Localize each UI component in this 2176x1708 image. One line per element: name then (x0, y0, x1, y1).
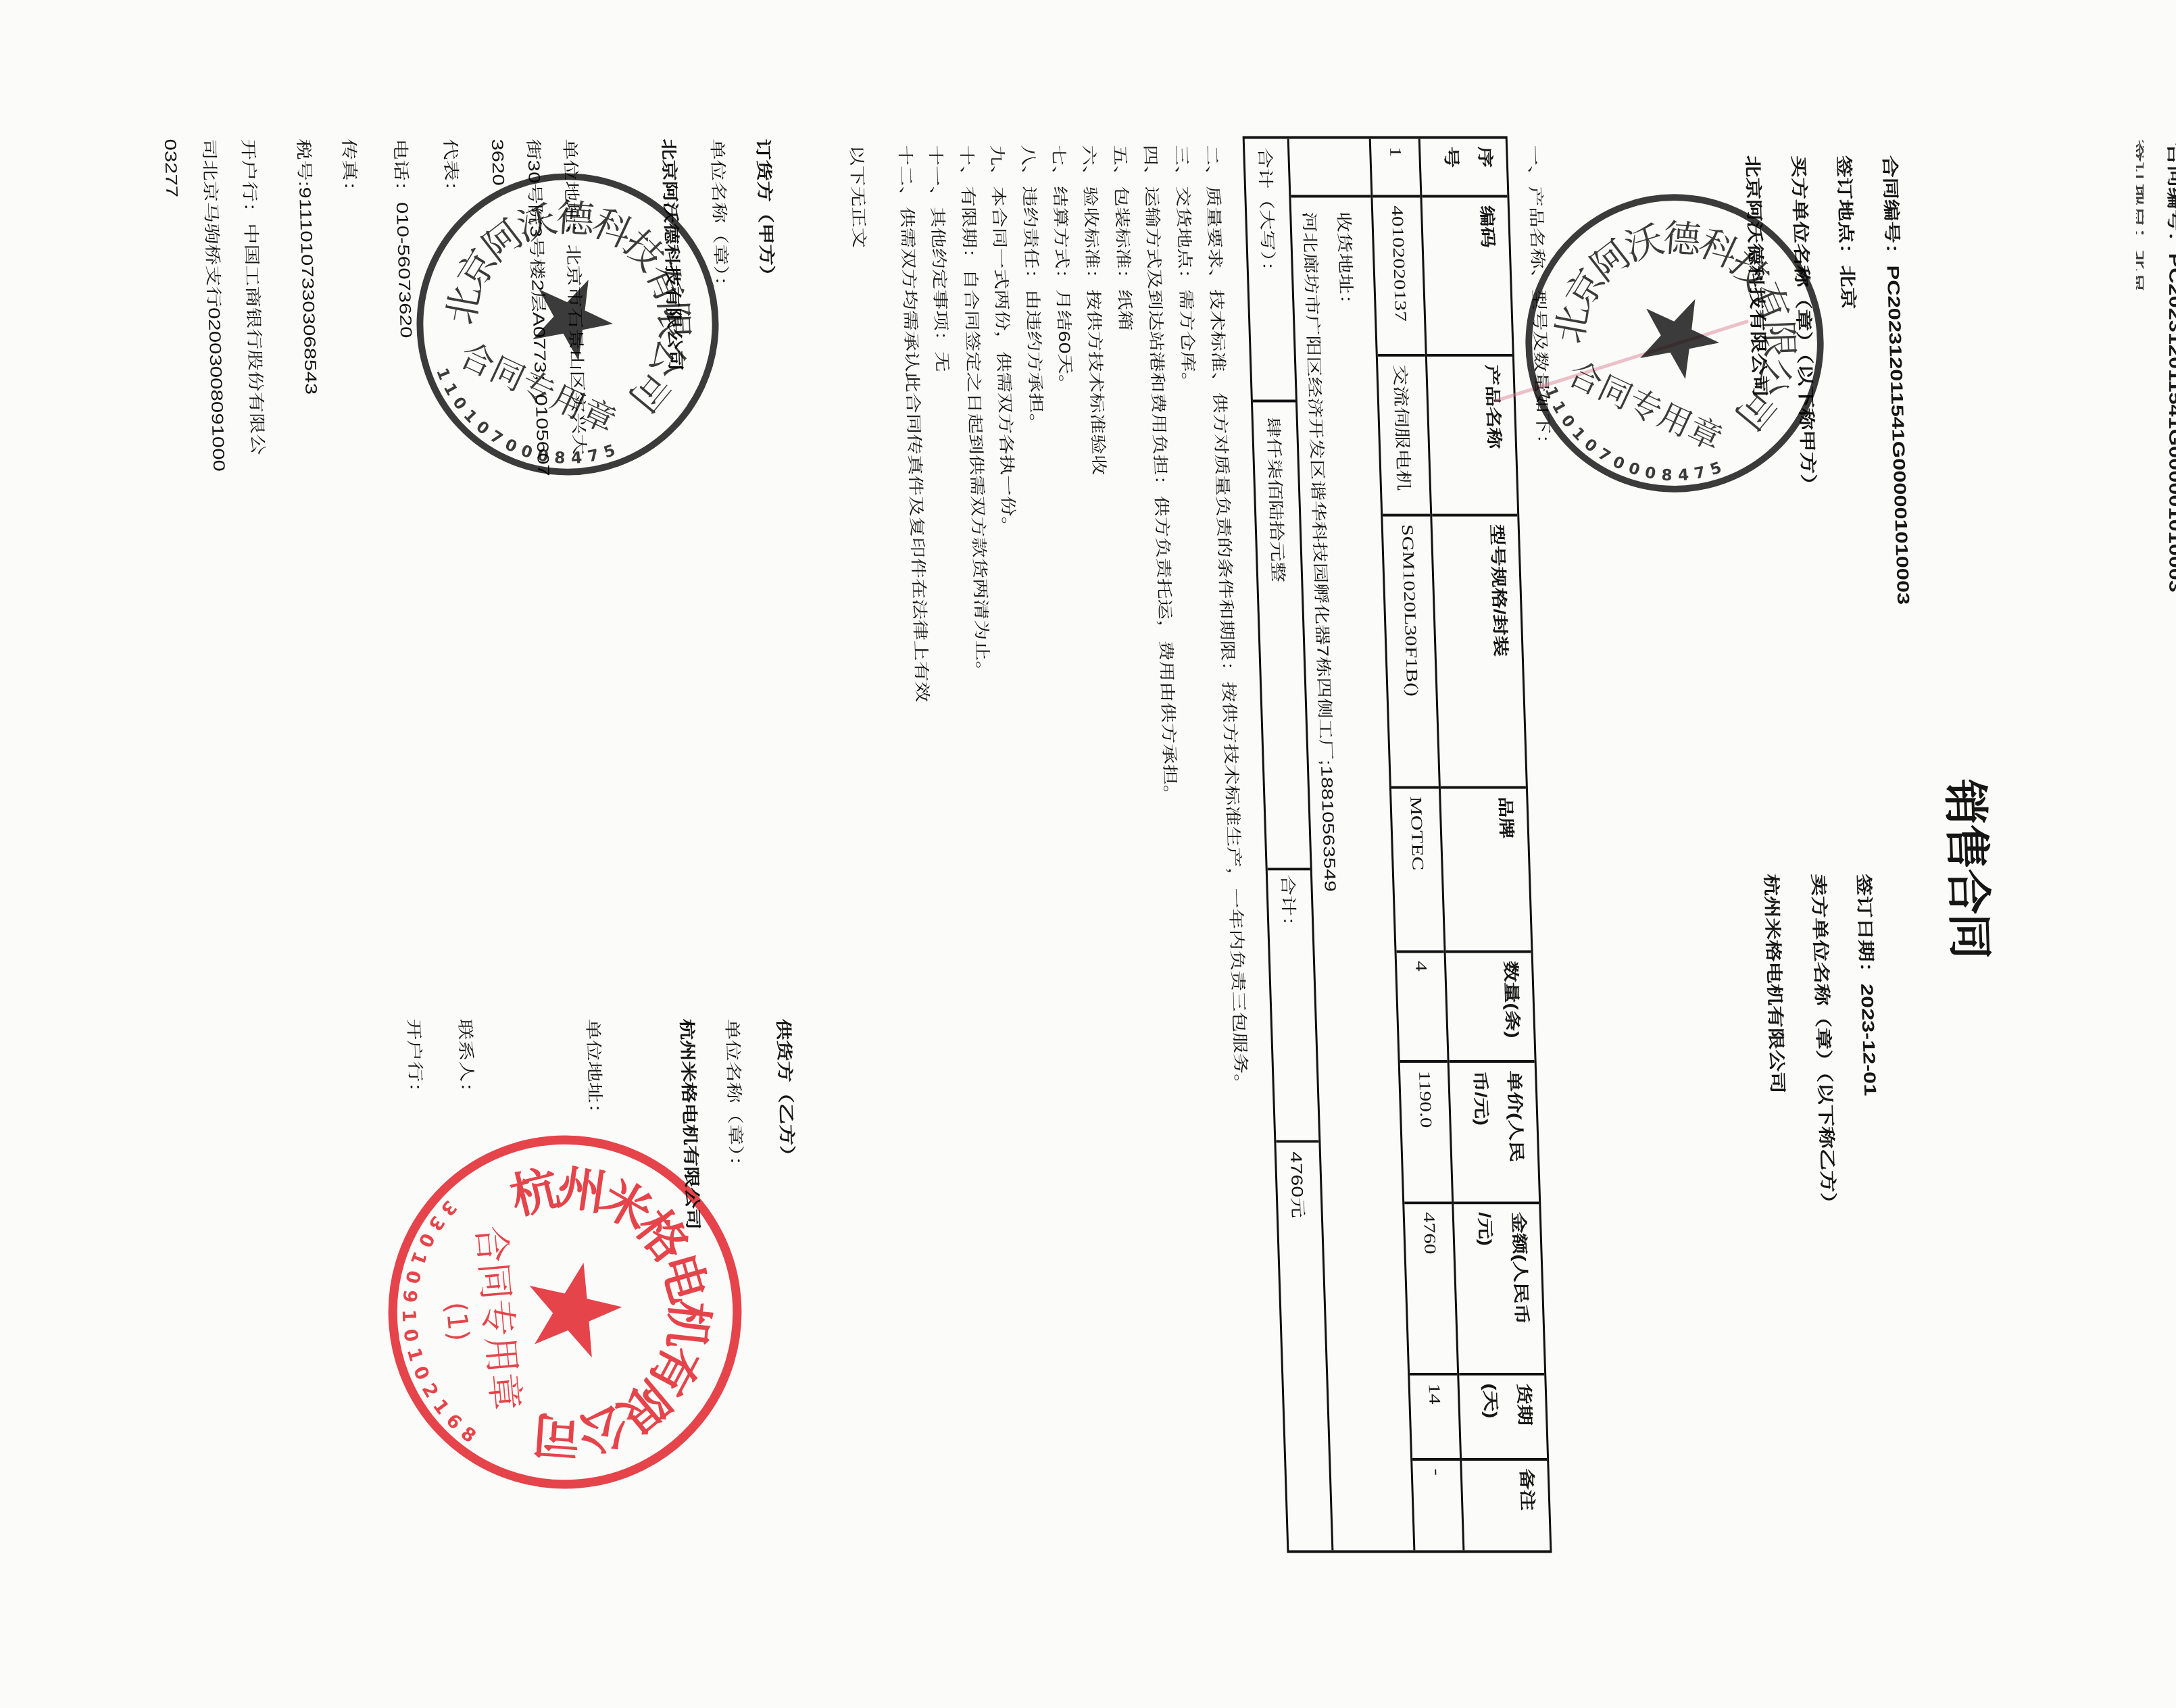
buyer-tax-id: 税号:911101073303068543 (295, 139, 319, 395)
seller-bank: 开户行： (405, 1019, 424, 1103)
sales-contract-document: 销售合同 合同编号：PC202312011541G000001010003 签订… (0, 0, 2176, 1708)
seal-code-char: 0 (1626, 459, 1642, 480)
seal-code-char: 0 (502, 434, 520, 456)
buyer-bank-line: 司北京马驹桥支行02003008091000 (200, 139, 226, 472)
cell-remark: - (1412, 1458, 1462, 1551)
contract-number-label: 合同编号： (1880, 155, 1902, 266)
seal-code-char: 5 (1708, 459, 1724, 480)
total-label: 合计： (1268, 868, 1319, 1140)
sign-date-value: 2023-12-01 (1857, 984, 1879, 1096)
buyer-fax: 传真： (340, 139, 358, 202)
seal-body: 北京阿沃德科技有限公司合同专用章1101070008475 (372, 128, 764, 521)
seal-code-char: 1 (440, 380, 462, 399)
seal-code-char: 7 (586, 445, 600, 466)
contract-number: 合同编号：PC202312011541G000001010003 (1881, 155, 1912, 605)
seller-name: 杭州米格电机有限公司 (1762, 874, 1785, 1094)
sign-place-value: 北京 (1837, 266, 1858, 309)
table-header-cell: 编码 (1422, 195, 1512, 354)
seal-code-char: 0 (536, 445, 550, 466)
seal-code-char: 1 (398, 1309, 419, 1323)
sign-place: 签订地点：北京 (1835, 155, 1856, 309)
seal-code-char: 8 (553, 448, 566, 468)
seal-code-char: 9 (398, 1289, 420, 1304)
sign-place-label: 签订地点： (1834, 155, 1856, 266)
seal-code-char: 0 (472, 417, 493, 438)
table-header-cell: 金额(人民币 /元) (1454, 1201, 1544, 1373)
seal-body: 杭州米格电机有限公司合同专用章(1)33010910102168 (378, 1126, 751, 1499)
order-table: 序 号 编码 产品名称 型号规格/封装 品牌 数量(条) 单价(人民 币/元) … (1245, 139, 1550, 1550)
seal-sub-text: (1) (439, 1301, 475, 1342)
contract-number-value: PC202312011541G000001010003 (1883, 266, 1913, 605)
seller-address: 单位地址： (584, 1019, 603, 1124)
seal-code-char: 1 (1541, 384, 1562, 401)
cell-product-name: 交流伺服电机 (1378, 354, 1430, 514)
seal-code-char: 0 (414, 1230, 438, 1251)
cell-brand: MOTEC (1391, 786, 1444, 951)
seal-code-char: 4 (1677, 466, 1689, 484)
cell-model: SGM1020L30F1B() (1383, 514, 1439, 786)
buyer-block-title: 订货方（甲方） (754, 139, 775, 286)
cell-amount: 4760 (1404, 1201, 1457, 1373)
seller-block-title: 供货方（乙方） (774, 1019, 795, 1166)
star-icon (1627, 282, 1732, 386)
seal-code-char: 0 (1643, 463, 1658, 484)
seal-code-char: 7 (1595, 445, 1614, 466)
cell-quantity: 4 (1396, 951, 1447, 1061)
seal-code-char: 1 (406, 1249, 430, 1268)
total-uppercase-label: 合计（大写）： (1245, 139, 1295, 399)
star-icon (519, 262, 626, 367)
cell-unit-price: 1190.0 (1400, 1060, 1452, 1201)
seal-code-char: 8 (1661, 466, 1673, 484)
table-header-cell: 货期 (天) (1459, 1373, 1547, 1458)
table-header-cell: 数量(条) (1445, 951, 1534, 1061)
seal-code-char: 2 (418, 1380, 442, 1401)
table-header-cell: 备注 (1462, 1458, 1550, 1551)
seal-code-char: 0 (399, 1328, 422, 1343)
table-header-cell: 产品名称 (1427, 354, 1517, 514)
seal-code-char: 0 (409, 1363, 433, 1384)
seal-code-char: 1 (1548, 398, 1569, 416)
table-header-cell: 型号规格/封装 (1432, 514, 1526, 786)
seal-code-char: 5 (601, 441, 618, 462)
seal-company-char: 杭 (505, 1159, 565, 1226)
contract-title: 销售合同 (1941, 779, 1992, 958)
terms-list: 二、质量要求、技术标准、供方对质量负责的条件和期限：按供方技术标准生产，一年内负… (889, 145, 1257, 1094)
sign-date-label: 签订日期： (1854, 874, 1876, 984)
star-icon (528, 1260, 626, 1363)
seal-code-char: 0 (1610, 453, 1627, 474)
edge-fragment-contract-number: 合同编号：PC202312011541G000001010003 (2165, 143, 2176, 593)
seal-body: 北京阿沃德科技有限公司合同专用章1101070008475 (1481, 149, 1868, 536)
buyer-seal-top: 北京阿沃德科技有限公司合同专用章1101070008475 (1518, 186, 1831, 500)
sign-date: 签订日期：2023-12-01 (1854, 874, 1878, 1097)
seal-code-char: 0 (401, 1268, 424, 1286)
buyer-bank-line: 03277 (162, 139, 180, 197)
seal-code-char: 0 (518, 441, 535, 463)
blank-cell (1289, 139, 1371, 195)
cell-code: 40102020137 (1373, 195, 1425, 354)
buyer-bank-line: 开户行：中国工商银行股份有限公 (239, 139, 266, 455)
end-note: 以下无正文 (848, 145, 867, 248)
seller-contact: 联系人： (456, 1019, 475, 1103)
seller-seal-signature: 杭州米格电机有限公司合同专用章(1)33010910102168 (380, 1127, 750, 1497)
seal-code-char: 1 (432, 366, 454, 383)
buyer-seal-signature: 北京阿沃德科技有限公司合同专用章1101070008475 (409, 166, 726, 483)
seller-label: 卖方单位名称（章）（以下称乙方） (1809, 874, 1837, 1215)
cell-lead-time: 14 (1410, 1373, 1460, 1458)
seal-code-char: 7 (487, 426, 506, 448)
table-header-cell: 序 号 (1420, 139, 1508, 195)
seal-code-char: 1 (403, 1346, 426, 1364)
table-header-cell: 品牌 (1441, 786, 1531, 951)
seal-code-char: 4 (570, 448, 583, 468)
seal-company-char: 司 (530, 1405, 583, 1465)
table-header-cell: 单价(人民 币/元) (1450, 1060, 1539, 1201)
scanned-page: 销售合同 合同编号：PC202312011541G000001010003 签订… (0, 0, 2176, 1708)
seal-code-char: 7 (1693, 463, 1707, 483)
seal-center-text: 合同专用章 (468, 1224, 528, 1412)
cell-index: 1 (1371, 139, 1420, 195)
seal-code-char: 0 (1581, 435, 1601, 456)
